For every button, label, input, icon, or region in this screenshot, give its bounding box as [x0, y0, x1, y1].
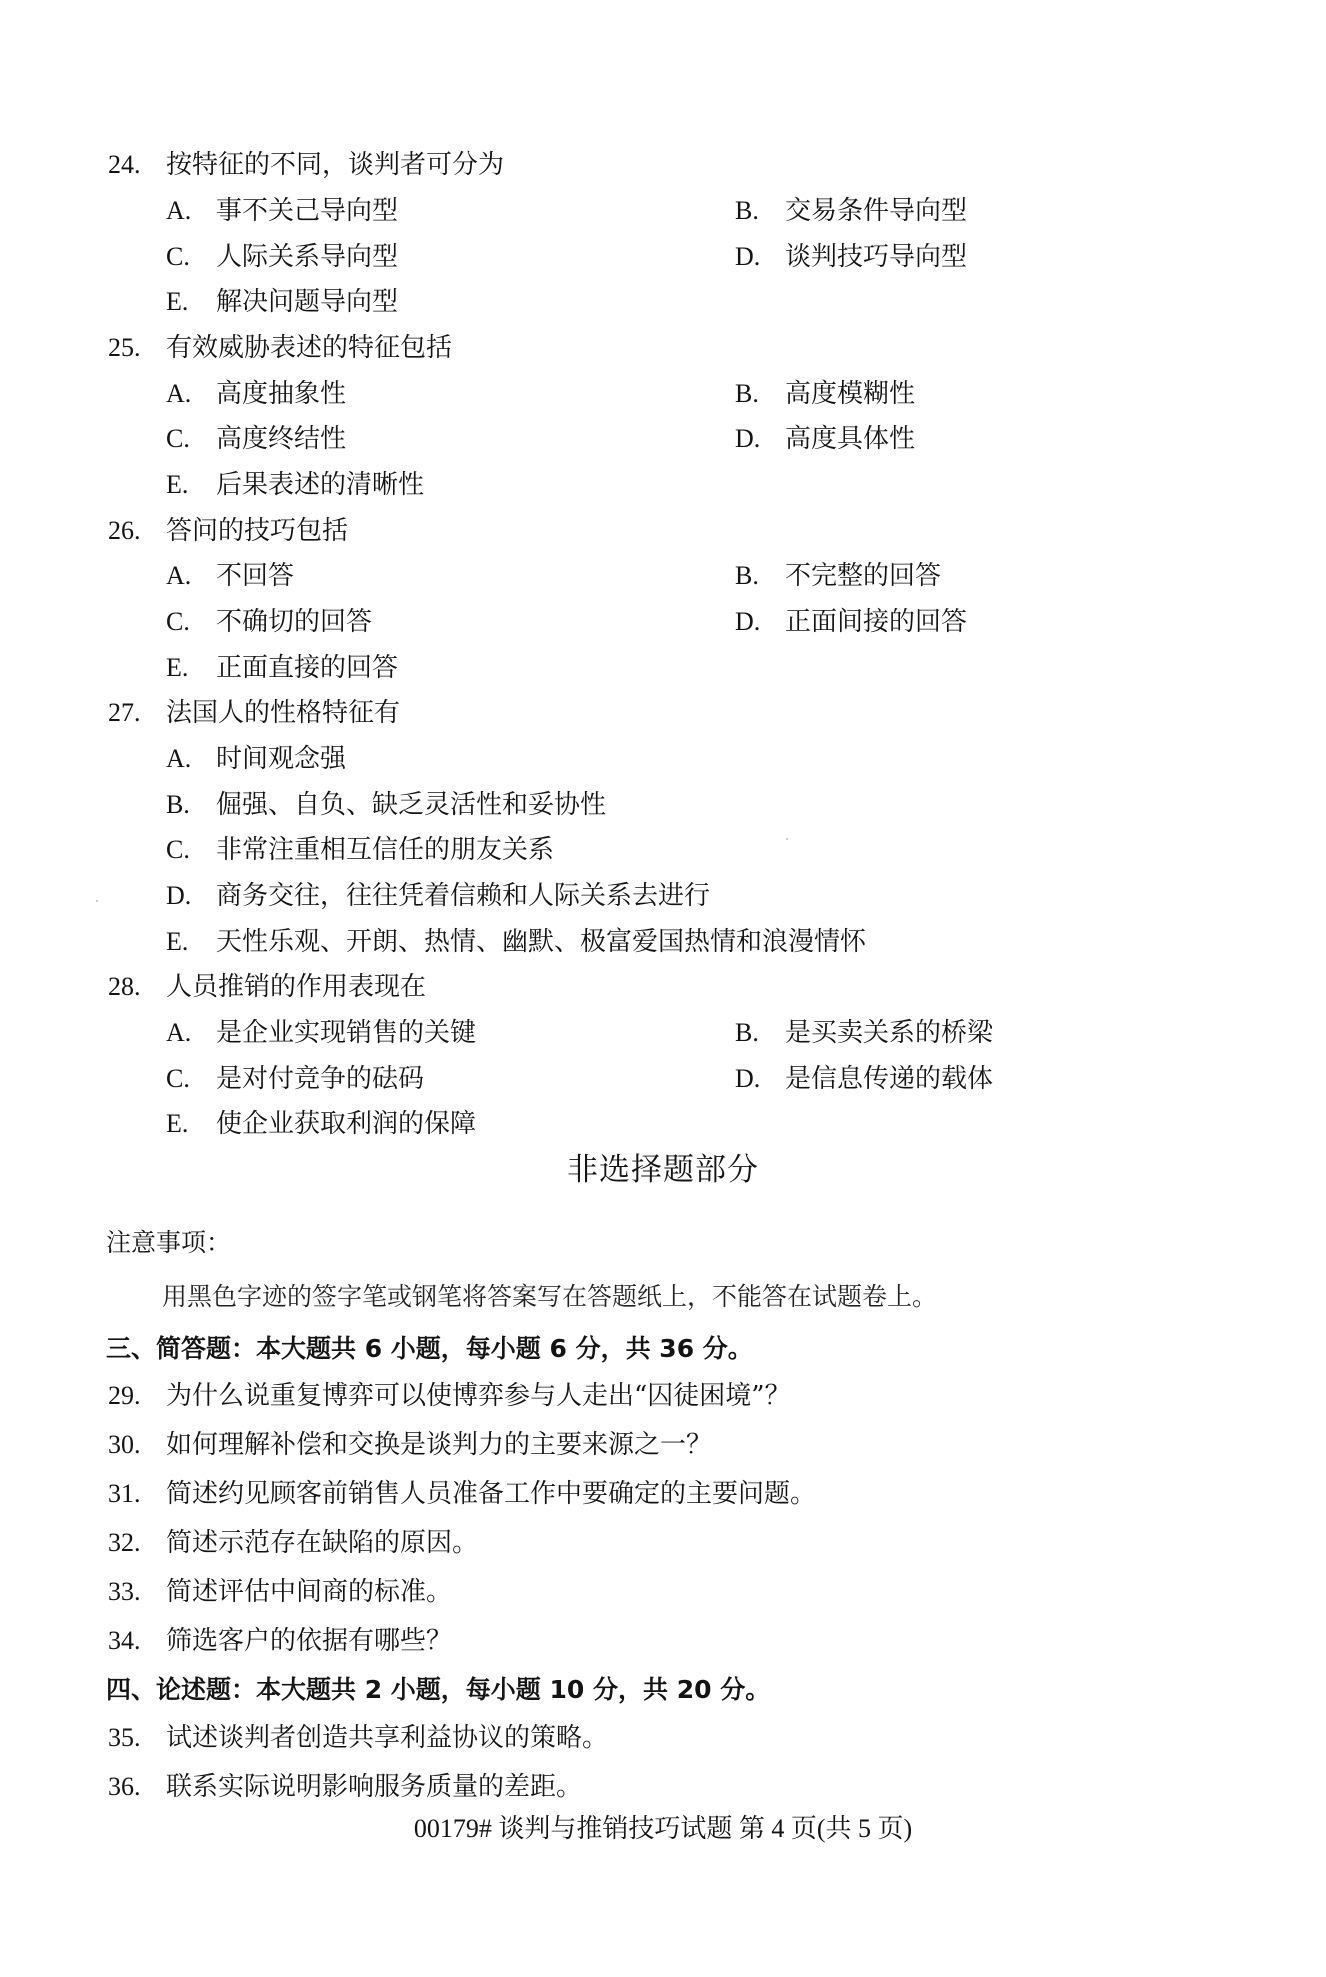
question-text: 如何理解补偿和交换是谈判力的主要来源之一？: [166, 1430, 712, 1460]
question-number: 30.: [108, 1428, 166, 1462]
option-27-c: C.非常注重相互信任的朋友关系: [166, 833, 554, 867]
question-35: 35.试述谈判者创造共享利益协议的策略。: [108, 1721, 608, 1755]
page-footer: 00179# 谈判与推销技巧试题 第 4 页(共 5 页): [0, 1812, 1326, 1846]
option-26-d: D.正面间接的回答: [735, 605, 967, 639]
scan-speck: [96, 900, 98, 902]
question-30: 30.如何理解补偿和交换是谈判力的主要来源之一？: [108, 1428, 712, 1462]
question-24-stem: 24.按特征的不同，谈判者可分为: [108, 148, 504, 182]
option-27-e: E.天性乐观、开朗、热情、幽默、极富爱国热情和浪漫情怀: [166, 925, 866, 959]
option-26-b: B.不完整的回答: [735, 559, 941, 593]
question-number: 33.: [108, 1575, 166, 1609]
question-text: 为什么说重复博弈可以使博弈参与人走出“囚徒困境”？: [166, 1381, 791, 1411]
question-32: 32.简述示范存在缺陷的原因。: [108, 1526, 478, 1560]
question-text: 筛选客户的依据有哪些？: [166, 1626, 452, 1656]
option-24-b: B.交易条件导向型: [735, 194, 967, 228]
question-text: 简述示范存在缺陷的原因。: [166, 1528, 478, 1558]
section-3-title: 三、简答题：本大题共 6 小题，每小题 6 分，共 36 分。: [106, 1332, 753, 1366]
question-number: 26.: [108, 514, 166, 548]
option-27-b: B.倔强、自负、缺乏灵活性和妥协性: [166, 788, 606, 822]
option-25-c: C.高度终结性: [166, 422, 346, 456]
option-26-a: A.不回答: [166, 559, 294, 593]
question-text: 简述评估中间商的标准。: [166, 1577, 452, 1607]
question-number: 24.: [108, 148, 166, 182]
question-26-stem: 26.答问的技巧包括: [108, 514, 348, 548]
question-36: 36.联系实际说明影响服务质量的差距。: [108, 1770, 582, 1804]
option-24-d: D.谈判技巧导向型: [735, 240, 967, 274]
option-24-a: A.事不关己导向型: [166, 194, 398, 228]
question-text: 法国人的性格特征有: [166, 698, 400, 728]
question-text: 简述约见顾客前销售人员准备工作中要确定的主要问题。: [166, 1479, 816, 1509]
option-27-d: D.商务交往，往往凭着信赖和人际关系去进行: [166, 879, 710, 913]
option-25-a: A.高度抽象性: [166, 377, 346, 411]
question-25-stem: 25.有效威胁表述的特征包括: [108, 331, 452, 365]
option-28-c: C.是对付竞争的砝码: [166, 1062, 424, 1096]
question-text: 联系实际说明影响服务质量的差距。: [166, 1772, 582, 1802]
question-text: 有效威胁表述的特征包括: [166, 333, 452, 363]
option-26-c: C.不确切的回答: [166, 605, 372, 639]
option-25-b: B.高度模糊性: [735, 377, 915, 411]
scan-speck: [786, 838, 788, 840]
question-number: 27.: [108, 696, 166, 730]
question-text: 人员推销的作用表现在: [166, 972, 426, 1002]
question-34: 34.筛选客户的依据有哪些？: [108, 1624, 452, 1658]
notes-body: 用黑色字迹的签字笔或钢笔将答案写在答题纸上，不能答在试题卷上。: [162, 1280, 937, 1314]
question-number: 28.: [108, 970, 166, 1004]
question-number: 31.: [108, 1477, 166, 1511]
option-28-a: A.是企业实现销售的关键: [166, 1016, 476, 1050]
notes-title: 注意事项：: [106, 1226, 231, 1260]
option-28-e: E.使企业获取利润的保障: [166, 1107, 476, 1141]
question-number: 29.: [108, 1379, 166, 1413]
question-text: 答问的技巧包括: [166, 516, 348, 546]
question-number: 25.: [108, 331, 166, 365]
option-25-e: E.后果表述的清晰性: [166, 468, 424, 502]
question-text: 按特征的不同，谈判者可分为: [166, 150, 504, 180]
question-number: 36.: [108, 1770, 166, 1804]
question-number: 34.: [108, 1624, 166, 1658]
question-28-stem: 28.人员推销的作用表现在: [108, 970, 426, 1004]
section-4-title: 四、论述题：本大题共 2 小题，每小题 10 分，共 20 分。: [106, 1673, 770, 1707]
option-24-c: C.人际关系导向型: [166, 240, 398, 274]
question-number: 32.: [108, 1526, 166, 1560]
part-heading: 非选择题部分: [0, 1150, 1326, 1190]
option-27-a: A.时间观念强: [166, 742, 346, 776]
question-text: 试述谈判者创造共享利益协议的策略。: [166, 1723, 608, 1753]
option-28-d: D.是信息传递的载体: [735, 1062, 993, 1096]
question-33: 33.简述评估中间商的标准。: [108, 1575, 452, 1609]
option-25-d: D.高度具体性: [735, 422, 915, 456]
option-28-b: B.是买卖关系的桥梁: [735, 1016, 993, 1050]
option-24-e: E.解决问题导向型: [166, 285, 398, 319]
question-number: 35.: [108, 1721, 166, 1755]
question-27-stem: 27.法国人的性格特征有: [108, 696, 400, 730]
question-31: 31.简述约见顾客前销售人员准备工作中要确定的主要问题。: [108, 1477, 816, 1511]
question-29: 29.为什么说重复博弈可以使博弈参与人走出“囚徒困境”？: [108, 1379, 791, 1413]
option-26-e: E.正面直接的回答: [166, 651, 398, 685]
